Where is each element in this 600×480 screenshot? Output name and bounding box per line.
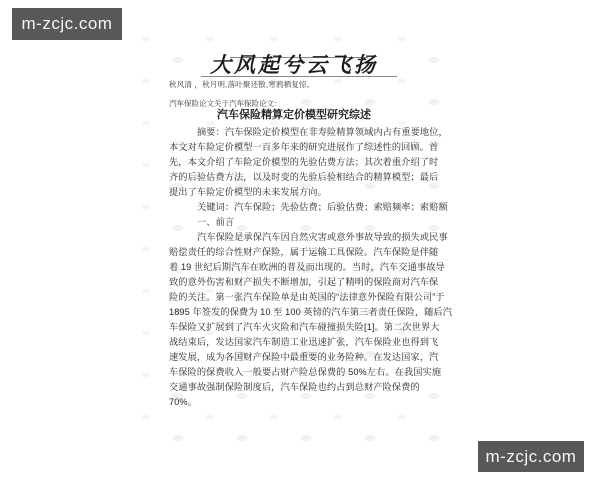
body-line: 本文对车险定价模型一百多年来的研究进展作了综述性的回顾。首 bbox=[169, 140, 421, 155]
masthead-poem-line: 秋风清 ，秋月明,落叶聚还散,寒鸦栖复惊。 bbox=[169, 79, 314, 90]
document-page: 大风起兮云飞扬 秋风清 ，秋月明,落叶聚还散,寒鸦栖复惊。 汽车保险论文关于汽车… bbox=[0, 0, 600, 480]
body-line: 提出了车险定价模型的未来发展方向。 bbox=[169, 185, 421, 200]
body-line: 齐的后验估费方法，以及时变的先验后验相结合的精算模型；最后 bbox=[169, 170, 421, 185]
body-line: 摘要：汽车保险定价模型在非寿险精算领域内占有重要地位， bbox=[169, 125, 421, 140]
body-line: 着 19 世纪后期汽车在欧洲的普及而出现的。当时，汽车交通事故导 bbox=[169, 260, 421, 275]
screenshot-canvas: m-zcjc.com 大风起兮云飞扬 秋风清 ，秋月明,落叶聚还散,寒鸦栖复惊。… bbox=[0, 0, 600, 480]
body-line: 速发展，成为各国财产保险中最重要的业务险种。在发达国家，汽 bbox=[169, 350, 421, 365]
body-line: 险的关注。第一张汽车保险单是由英国的“法律意外保险有限公司”于 bbox=[169, 290, 421, 305]
calligraphy-masthead: 大风起兮云飞扬 bbox=[169, 54, 419, 76]
header-rule-bottom bbox=[201, 76, 397, 77]
body-line: 70%。 bbox=[169, 395, 421, 410]
body-line: 致的意外伤害和财产损失不断增加，引起了精明的保险商对汽车保 bbox=[169, 275, 421, 290]
body-line: 车保险的保费收入一般要占财产险总保费的 50%左右。在我国实施 bbox=[169, 365, 421, 380]
body-line: 赔偿责任的综合性财产保险，属于运输工具保险。汽车保险是伴随 bbox=[169, 245, 421, 260]
body-line: 先，本文介绍了车险定价模型的先验估费方法；其次着重介绍了时 bbox=[169, 155, 421, 170]
body-line: 1895 年签发的保费为 10 至 100 英镑的汽车第三者责任保险，随后汽 bbox=[169, 305, 421, 320]
body-line: 战结束后，发达国家汽车制造工业迅速扩张，汽车保险业也得到飞 bbox=[169, 335, 421, 350]
body-line: 交通事故强制保险制度后，汽车保险也约占到总财产险保费的 bbox=[169, 380, 421, 395]
body-line: 车保险又扩展到了汽车火灾险和汽车碰撞损失险[1]。第二次世界大 bbox=[169, 320, 421, 335]
article-body: 摘要：汽车保险定价模型在非寿险精算领域内占有重要地位，本文对车险定价模型一百多年… bbox=[169, 125, 421, 410]
body-line: 汽车保险是承保汽车因自然灾害或意外事故导致的损失或民事 bbox=[169, 230, 421, 245]
body-line: 一、前言 bbox=[169, 215, 421, 230]
body-line: 关键词：汽车保险；先验估费；后验估费；索赔频率；索赔额 bbox=[169, 200, 421, 215]
paper-title: 汽车保险精算定价模型研究综述 bbox=[169, 106, 419, 122]
